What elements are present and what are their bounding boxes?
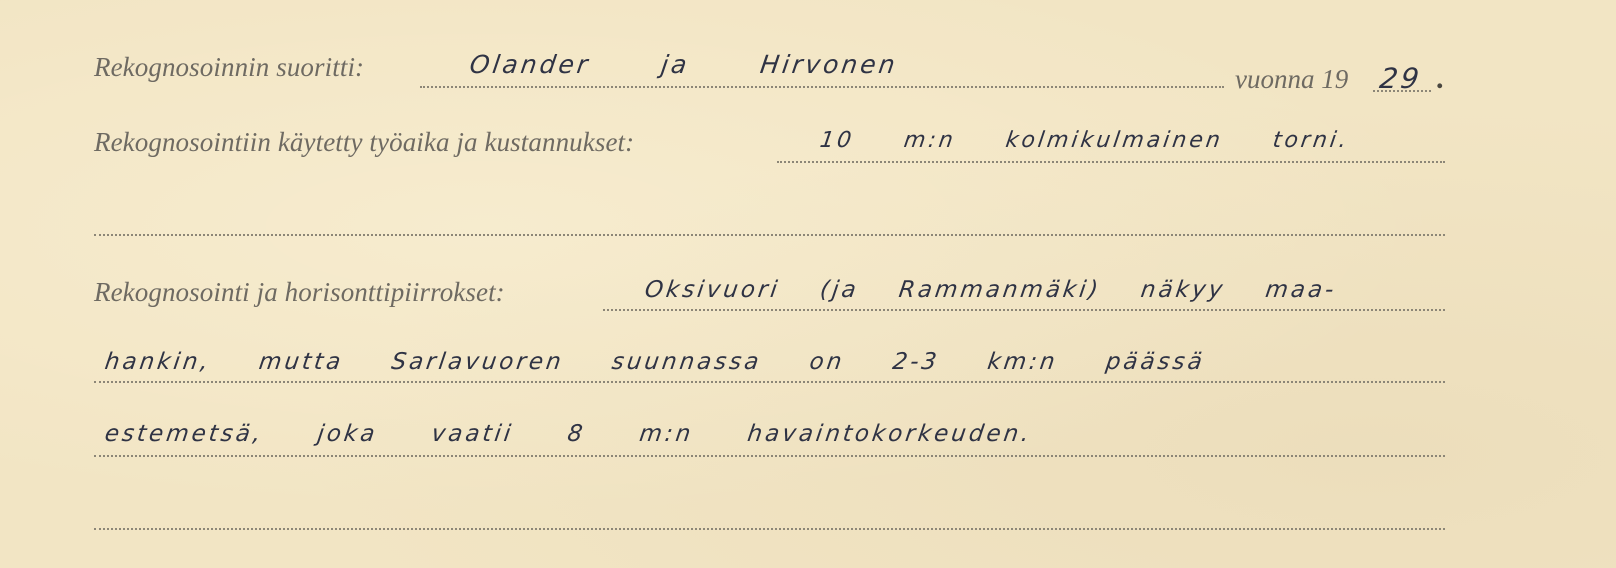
handwritten-performed-by: Olander ja Hirvonen: [468, 50, 900, 79]
dotted-rule-performed-by: [420, 86, 1224, 88]
dotted-rule-reconnaissance-2: [94, 381, 1445, 383]
dotted-rule-blank-1: [94, 234, 1445, 236]
label-reconnaissance-horizon-sketches: Rekognosointi ja horisonttipiirrokset:: [94, 277, 505, 308]
handwritten-reconnaissance-line-3: estemetsä, joka vaatii 8 m:n havaintokor…: [103, 421, 1033, 447]
year-end-mark: .: [1436, 62, 1444, 96]
dotted-rule-reconnaissance-3: [94, 455, 1445, 457]
handwritten-reconnaissance-line-2: hankin, mutta Sarlavuoren suunnassa on 2…: [103, 349, 1206, 375]
handwritten-year: 29: [1378, 62, 1424, 95]
dotted-rule-blank-2: [94, 528, 1445, 530]
label-performed-by: Rekognosoinnin suoritti:: [94, 52, 364, 83]
dotted-rule-time-and-costs: [777, 161, 1445, 163]
handwritten-time-and-costs: 10 m:n kolmikulmainen torni.: [818, 128, 1351, 153]
dotted-rule-reconnaissance-1: [603, 309, 1445, 311]
handwritten-reconnaissance-line-1: Oksivuori (ja Rammanmäki) näkyy maa-: [643, 277, 1338, 303]
label-year: vuonna 19: [1235, 64, 1348, 95]
label-time-and-costs: Rekognosointiin käytetty työaika ja kust…: [94, 127, 634, 158]
